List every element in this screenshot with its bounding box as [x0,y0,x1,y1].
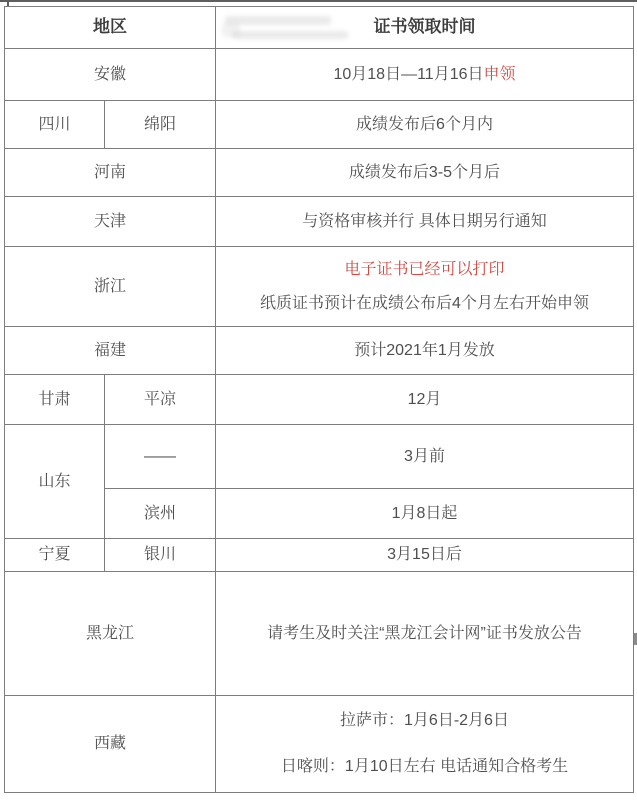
table-row: 四川 绵阳 成绩发布后6个月内 [5,101,634,149]
cell-time-sichuan: 成绩发布后6个月内 [216,101,634,149]
watermark-smudge [225,16,331,25]
table-row: 安徽 10月18日—11月16日申领 [5,49,634,101]
cell-city-mianyang: 绵阳 [105,101,216,149]
cell-time-gansu: 12月 [216,375,634,425]
page: 地区 证书领取时间 安徽 10月18日—11月16日申领 四川 绵阳 成绩发布后… [0,0,637,802]
cell-province-henan: 河南 [5,149,216,197]
cell-province-fujian: 福建 [5,327,216,375]
cell-city-pingliang: 平凉 [105,375,216,425]
header-time: 证书领取时间 [216,7,634,49]
cell-province-heilongjiang: 黑龙江 [5,572,216,696]
cell-time-shandong-2: 1月8日起 [216,489,634,539]
table-row: 西藏 拉萨市：1月6日-2月6日 日喀则：1月10日左右 电话通知合格考生 [5,696,634,793]
cell-province-sichuan: 四川 [5,101,105,149]
cell-province-zhejiang: 浙江 [5,247,216,327]
anhui-time-highlight: 申领 [484,66,516,83]
cell-time-anhui: 10月18日—11月16日申领 [216,49,634,101]
header-region: 地区 [5,7,216,49]
xizang-time-line1: 拉萨市：1月6日-2月6日 [220,698,629,744]
cell-province-xizang: 西藏 [5,696,216,793]
certificate-times-table: 地区 证书领取时间 安徽 10月18日—11月16日申领 四川 绵阳 成绩发布后… [4,6,634,793]
cell-time-tianjin: 与资格审核并行 具体日期另行通知 [216,197,634,247]
cell-time-henan: 成绩发布后3-5个月后 [216,149,634,197]
cell-time-fujian: 预计2021年1月发放 [216,327,634,375]
cell-province-shandong: 山东 [5,425,105,539]
table-row: 地区 证书领取时间 [5,7,634,49]
xizang-time-line2: 日喀则：1月10日左右 电话通知合格考生 [220,744,629,790]
header-time-label: 证书领取时间 [374,17,476,36]
table-row: 浙江 电子证书已经可以打印 纸质证书预计在成绩公布后4个月左右开始申领 [5,247,634,327]
watermark-smudge [232,31,348,39]
table-row: 山东 —— 3月前 [5,425,634,489]
watermark-smudge [222,23,240,37]
cell-province-ningxia: 宁夏 [5,539,105,572]
cell-province-tianjin: 天津 [5,197,216,247]
zhejiang-time-line1: 电子证书已经可以打印 [220,253,629,287]
table-row: 天津 与资格审核并行 具体日期另行通知 [5,197,634,247]
table-row: 宁夏 银川 3月15日后 [5,539,634,572]
anhui-time-text: 10月18日—11月16日 [333,66,483,83]
zhejiang-time-line2: 纸质证书预计在成绩公布后4个月左右开始申领 [220,287,629,321]
cell-province-anhui: 安徽 [5,49,216,101]
cell-time-shandong-1: 3月前 [216,425,634,489]
cell-time-xizang: 拉萨市：1月6日-2月6日 日喀则：1月10日左右 电话通知合格考生 [216,696,634,793]
cell-province-gansu: 甘肃 [5,375,105,425]
cell-city-binzhou: 滨州 [105,489,216,539]
table-row: 甘肃 平凉 12月 [5,375,634,425]
top-edge-line [0,0,637,2]
cell-time-ningxia: 3月15日后 [216,539,634,572]
cell-time-heilongjiang: 请考生及时关注“黑龙江会计网”证书发放公告 [216,572,634,696]
table-row: 河南 成绩发布后3-5个月后 [5,149,634,197]
table-row: 福建 预计2021年1月发放 [5,327,634,375]
cell-city-yinchuan: 银川 [105,539,216,572]
cell-city-shandong-dash: —— [105,425,216,489]
cell-time-zhejiang: 电子证书已经可以打印 纸质证书预计在成绩公布后4个月左右开始申领 [216,247,634,327]
table-row: 黑龙江 请考生及时关注“黑龙江会计网”证书发放公告 [5,572,634,696]
